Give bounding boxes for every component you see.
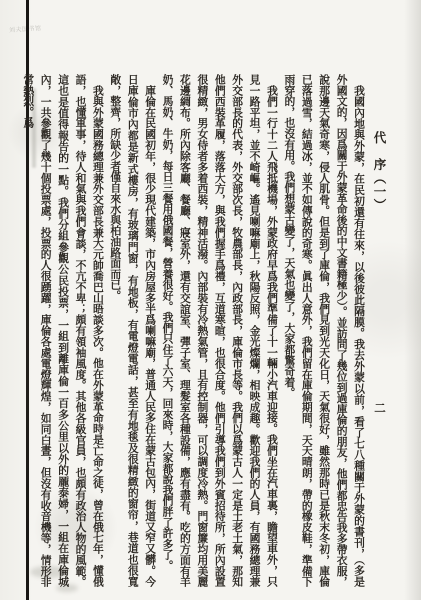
page-number: 二 (372, 402, 388, 414)
book-page-scan: 刘夫国书馆 代 序（一） 二 我國內地與外蒙，在民初還有往來，以後彼此隔膜。我去… (0, 0, 421, 600)
page-title: 代 序（一） (370, 131, 388, 241)
body-text: 我國內地與外蒙，在民初還有往來，以後彼此隔膜。我去外蒙以前，看了七八種關于外蒙的… (37, 74, 368, 587)
paragraph-2: 我們一行十二人飛抵機場，外蒙政府早爲我們準備了十一輛小汽車迎接。我們坐在汽車裏，… (159, 74, 281, 587)
paragraph-3: 庫倫在民國初年，很少現代建築，市內房屋多半爲喇嘛廟，普通人民多住在蒙古包內，街道… (107, 74, 159, 587)
paragraph-1: 我國內地與外蒙，在民初還有往來，以後彼此隔膜。我去外蒙以前，看了七八種關于外蒙的… (281, 74, 368, 587)
paragraph-4: 我與外蒙國務總理兼外交部長兼大元帥喬巴山晤談多次。他在外蒙革命時是亡命之徒，曾在… (20, 74, 107, 587)
